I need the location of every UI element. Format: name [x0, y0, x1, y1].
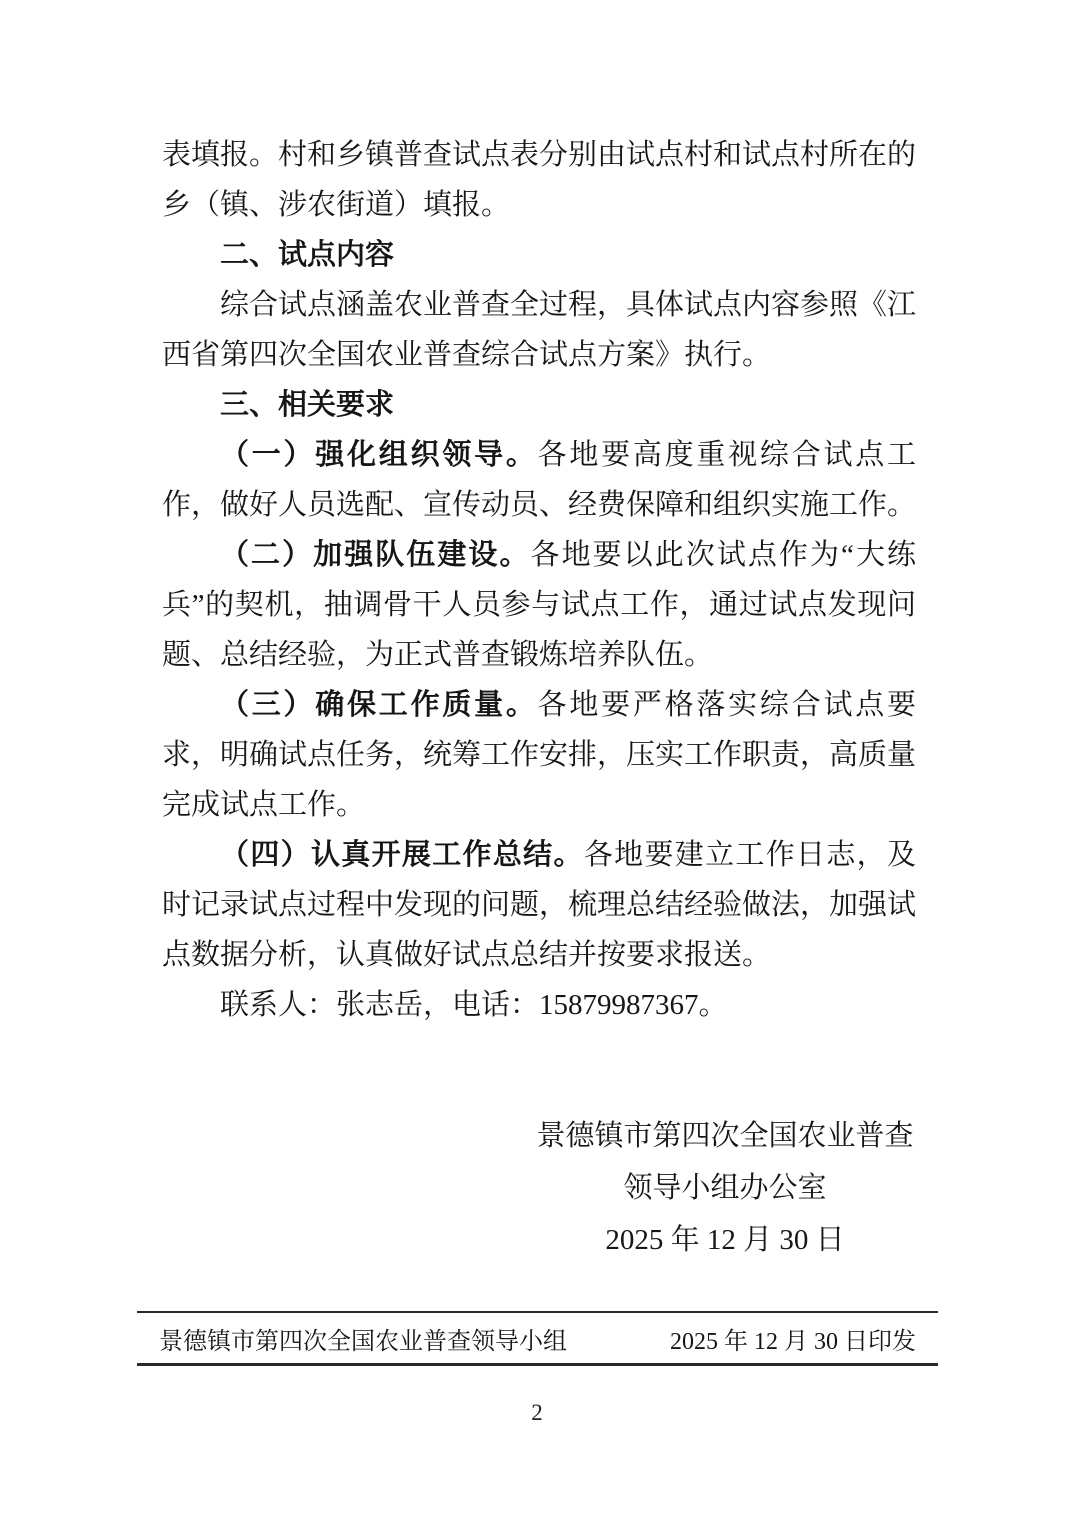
heading-pilot-content-text: 二、试点内容: [220, 239, 394, 271]
para-requirement-4-lead: （四）认真开展工作总结。: [220, 839, 584, 871]
para-continuation: 表填报。村和乡镇普查试点表分别由试点村和试点村所在的乡（镇、涉农街道）填报。: [162, 130, 916, 230]
heading-pilot-content: 二、试点内容: [162, 230, 916, 280]
footer-row: 景德镇市第四次全国农业普查领导小组 2025 年 12 月 30 日印发: [137, 1313, 938, 1363]
para-pilot-content: 综合试点涵盖农业普查全过程，具体试点内容参照《江西省第四次全国农业普查综合试点方…: [162, 280, 916, 380]
para-requirement-4: （四）认真开展工作总结。各地要建立工作日志，及时记录试点过程中发现的问题，梳理总…: [162, 830, 916, 980]
heading-requirements-text: 三、相关要求: [220, 389, 394, 421]
para-requirement-2: （二）加强队伍建设。各地要以此次试点作为“大练兵”的契机，抽调骨干人员参与试点工…: [162, 530, 916, 680]
para-contact: 联系人：张志岳，电话：15879987367。: [162, 980, 916, 1030]
footer-divider-bottom: [137, 1363, 938, 1366]
signoff-org-line-2: 领导小组办公室: [475, 1162, 975, 1214]
para-requirement-3: （三）确保工作质量。各地要严格落实综合试点要求，明确试点任务，统筹工作安排，压实…: [162, 680, 916, 830]
para-pilot-content-text: 综合试点涵盖农业普查全过程，具体试点内容参照《江西省第四次全国农业普查综合试点方…: [162, 289, 916, 371]
heading-requirements: 三、相关要求: [162, 380, 916, 430]
para-requirement-1-lead: （一）强化组织领导。: [220, 439, 538, 471]
para-requirement-2-lead: （二）加强队伍建设。: [220, 539, 531, 571]
footer-issuer: 景德镇市第四次全国农业普查领导小组: [159, 1321, 567, 1356]
document-body: 表填报。村和乡镇普查试点表分别由试点村和试点村所在的乡（镇、涉农街道）填报。 二…: [162, 130, 916, 1030]
colophon: 景德镇市第四次全国农业普查领导小组 2025 年 12 月 30 日印发: [137, 1311, 938, 1366]
document-page: 表填报。村和乡镇普查试点表分别由试点村和试点村所在的乡（镇、涉农街道）填报。 二…: [0, 0, 1074, 1520]
para-contact-text: 联系人：张志岳，电话：15879987367。: [220, 989, 728, 1021]
para-continuation-text: 表填报。村和乡镇普查试点表分别由试点村和试点村所在的乡（镇、涉农街道）填报。: [162, 139, 916, 221]
page-number: 2: [0, 1400, 1074, 1426]
footer-print-date: 2025 年 12 月 30 日印发: [670, 1321, 916, 1356]
para-requirement-3-lead: （三）确保工作质量。: [220, 689, 538, 721]
para-requirement-1: （一）强化组织领导。各地要高度重视综合试点工作，做好人员选配、宣传动员、经费保障…: [162, 430, 916, 530]
signoff-block: 景德镇市第四次全国农业普查 领导小组办公室 2025 年 12 月 30 日: [475, 1110, 975, 1266]
signoff-org-line-1: 景德镇市第四次全国农业普查: [475, 1110, 975, 1162]
signoff-date: 2025 年 12 月 30 日: [475, 1214, 975, 1266]
